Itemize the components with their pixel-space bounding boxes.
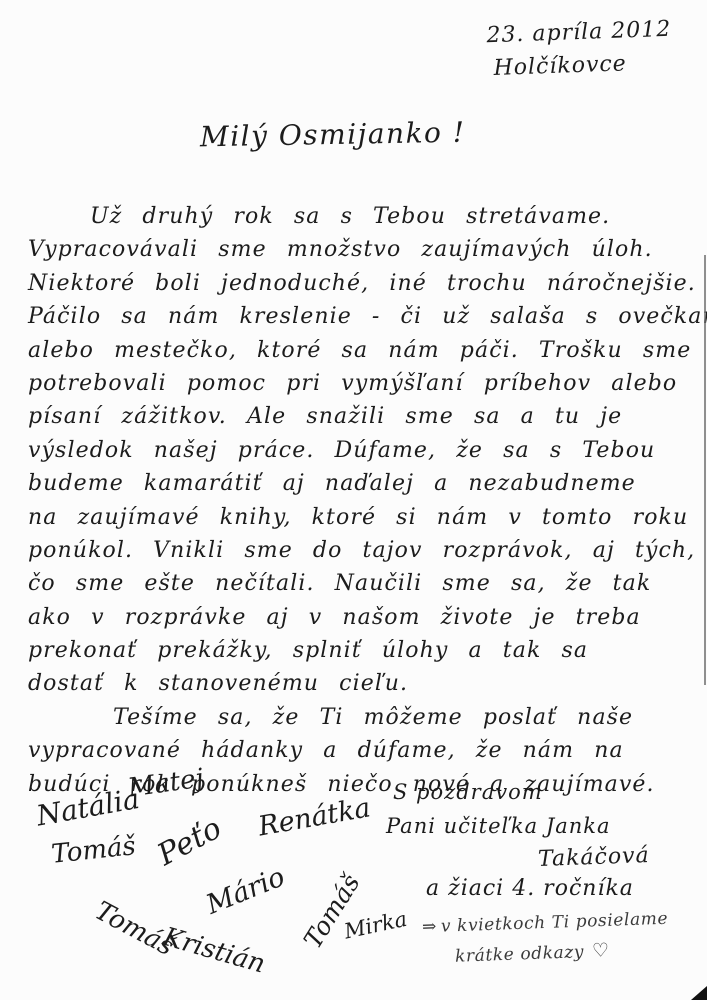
postscript-text-1: v kvietkoch Ti posielame [441,909,669,937]
body-line: prekonať prekážky, splniť úlohy a tak sa [28,634,688,667]
closing-pupils-line: a žiaci 4. ročníka [426,876,634,901]
body-line: Páčilo sa nám kreslenie - či už salaša s… [28,300,688,333]
signature-peto: Peťo [152,811,227,873]
signature-mirka: Mirka [342,907,409,944]
closing-teacher-surname: Takáčová [538,843,650,872]
scan-corner-mark [691,986,707,1000]
body-line: čo sme ešte nečítali. Naučili sme sa, že… [28,567,688,600]
body-line: Niektoré boli jednoduché, iné trochu nár… [28,267,688,300]
arrow-icon: ⇒ [422,917,438,938]
body-line: alebo mestečko, ktoré sa nám páči. Trošk… [28,334,688,367]
postscript-line-1: ⇒v kvietkoch Ti posielame [422,909,669,938]
body-line: Vypracovávali sme množstvo zaujímavých ú… [28,233,688,266]
closing-teacher-line: Pani učiteľka Janka [386,814,611,838]
scan-edge-artifact [704,255,706,685]
body-line: ako v rozprávke aj v našom živote je tre… [28,601,688,634]
letter-place: Holčíkovce [493,50,673,81]
body-line: potrebovali pomoc pri vymýšľaní príbehov… [28,367,688,400]
letter-page: 23. apríla 2012 Holčíkovce Milý Osmijank… [0,0,707,1000]
body-line: budeme kamarátiť aj naďalej a nezabudnem… [28,467,688,500]
body-line: Tešíme sa, že Ti môžeme poslať naše [28,701,688,734]
body-line: ponúkol. Vnikli sme do tajov rozprávok, … [28,534,688,567]
body-line: výsledok našej práce. Dúfame, že sa s Te… [28,434,688,467]
signature-kristian: Kristián [160,922,269,980]
body-line: Už druhý rok sa s Tebou stretávame. [28,200,688,233]
signature-mario: Mário [202,861,289,920]
letter-body: Už druhý rok sa s Tebou stretávame. Vypr… [28,200,688,801]
date-block: 23. apríla 2012 Holčíkovce [486,17,673,81]
body-line: písaní zážitkov. Ale snažili sme sa a tu… [28,400,688,433]
postscript-line-2: krátke odkazy♡ [455,939,610,966]
salutation: Milý Osmijanko ! [200,116,466,154]
body-line: dostať k stanovenému cieľu. [28,667,688,700]
closing-greeting: S pozdravom [393,780,543,804]
heart-icon: ♡ [592,939,610,962]
body-line: vypracované hádanky a dúfame, že nám na [28,734,688,767]
body-line: na zaujímavé knihy, ktoré si nám v tomto… [28,501,688,534]
postscript-text-2: krátke odkazy [455,942,585,966]
signature-tomas-1: Tomáš [50,831,137,870]
letter-date: 23. apríla 2012 [486,17,672,48]
